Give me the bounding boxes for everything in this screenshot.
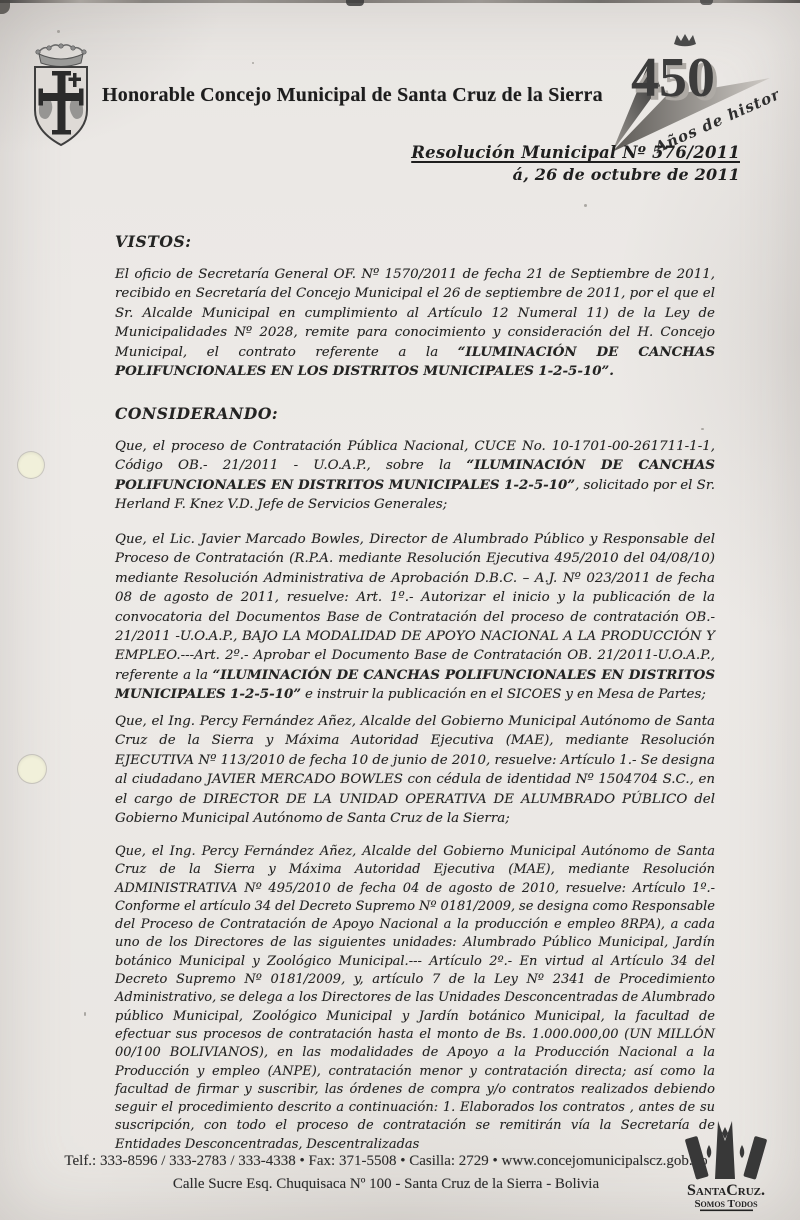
crown-icon (674, 34, 696, 46)
body-paragraph: Que, el Lic. Javier Marcado Bowles, Dire… (115, 530, 715, 705)
body-paragraph: Que, el Ing. Percy Fernández Añez, Alcal… (115, 843, 715, 1154)
scan-speck (701, 428, 704, 430)
scan-mark (346, 0, 364, 6)
scan-mark (700, 0, 713, 5)
hole-punch-mark (18, 452, 44, 478)
raised-hands-icon (685, 1121, 768, 1180)
page-footer: Telf.: 333-8596 / 333-2783 / 333-4338 • … (36, 1150, 736, 1196)
santacruz-somos-todos-logo: SantaCruz. Somos Todos (678, 1106, 774, 1214)
body-paragraph: Que, el Ing. Percy Fernández Añez, Alcal… (115, 712, 715, 828)
resolution-heading-block: Resolución Municipal Nº 576/2011 á, 26 d… (411, 143, 740, 184)
logo-name-text: SantaCruz. (687, 1182, 765, 1199)
logo-underline (700, 1210, 753, 1212)
body-paragraph: El oficio de Secretaría General OF. Nº 1… (115, 265, 715, 381)
text-segment: Que, el Ing. Percy Fernández Añez, Alcal… (115, 714, 715, 826)
450-anniversary-logo: 450 450 Años de historia (594, 32, 778, 156)
scan-edge-artifact (0, 0, 800, 3)
450-number: 450 (631, 47, 715, 109)
org-title: Honorable Concejo Municipal de Santa Cru… (102, 84, 642, 107)
section-heading-vistos: VISTOS: (115, 232, 715, 251)
scan-corner-artifact (0, 0, 10, 14)
coat-of-arms-icon (26, 40, 96, 152)
text-segment: Que, el Lic. Javier Marcado Bowles, Dire… (115, 532, 715, 683)
scan-speck (84, 1012, 86, 1016)
text-segment: e instruir la publicación en el SICOES y… (301, 687, 706, 702)
body-paragraph: Que, el proceso de Contratación Pública … (115, 437, 715, 515)
resolution-number: Resolución Municipal Nº 576/2011 (411, 143, 740, 162)
footer-contact-line: Telf.: 333-8596 / 333-2783 / 333-4338 • … (36, 1150, 736, 1173)
footer-address-line: Calle Sucre Esq. Chuquisaca Nº 100 - San… (36, 1173, 736, 1196)
scanned-document-page: Honorable Concejo Municipal de Santa Cru… (0, 0, 800, 1220)
logo-tagline-text: Somos Todos (694, 1198, 758, 1210)
hole-punch-mark (18, 755, 46, 783)
text-segment: Que, el Ing. Percy Fernández Añez, Alcal… (115, 844, 715, 1152)
scan-speck (57, 30, 60, 33)
section-heading-considerando: CONSIDERANDO: (115, 404, 715, 423)
resolution-date: á, 26 de octubre de 2011 (411, 165, 740, 184)
scan-speck (252, 62, 254, 64)
scan-speck (584, 204, 587, 207)
